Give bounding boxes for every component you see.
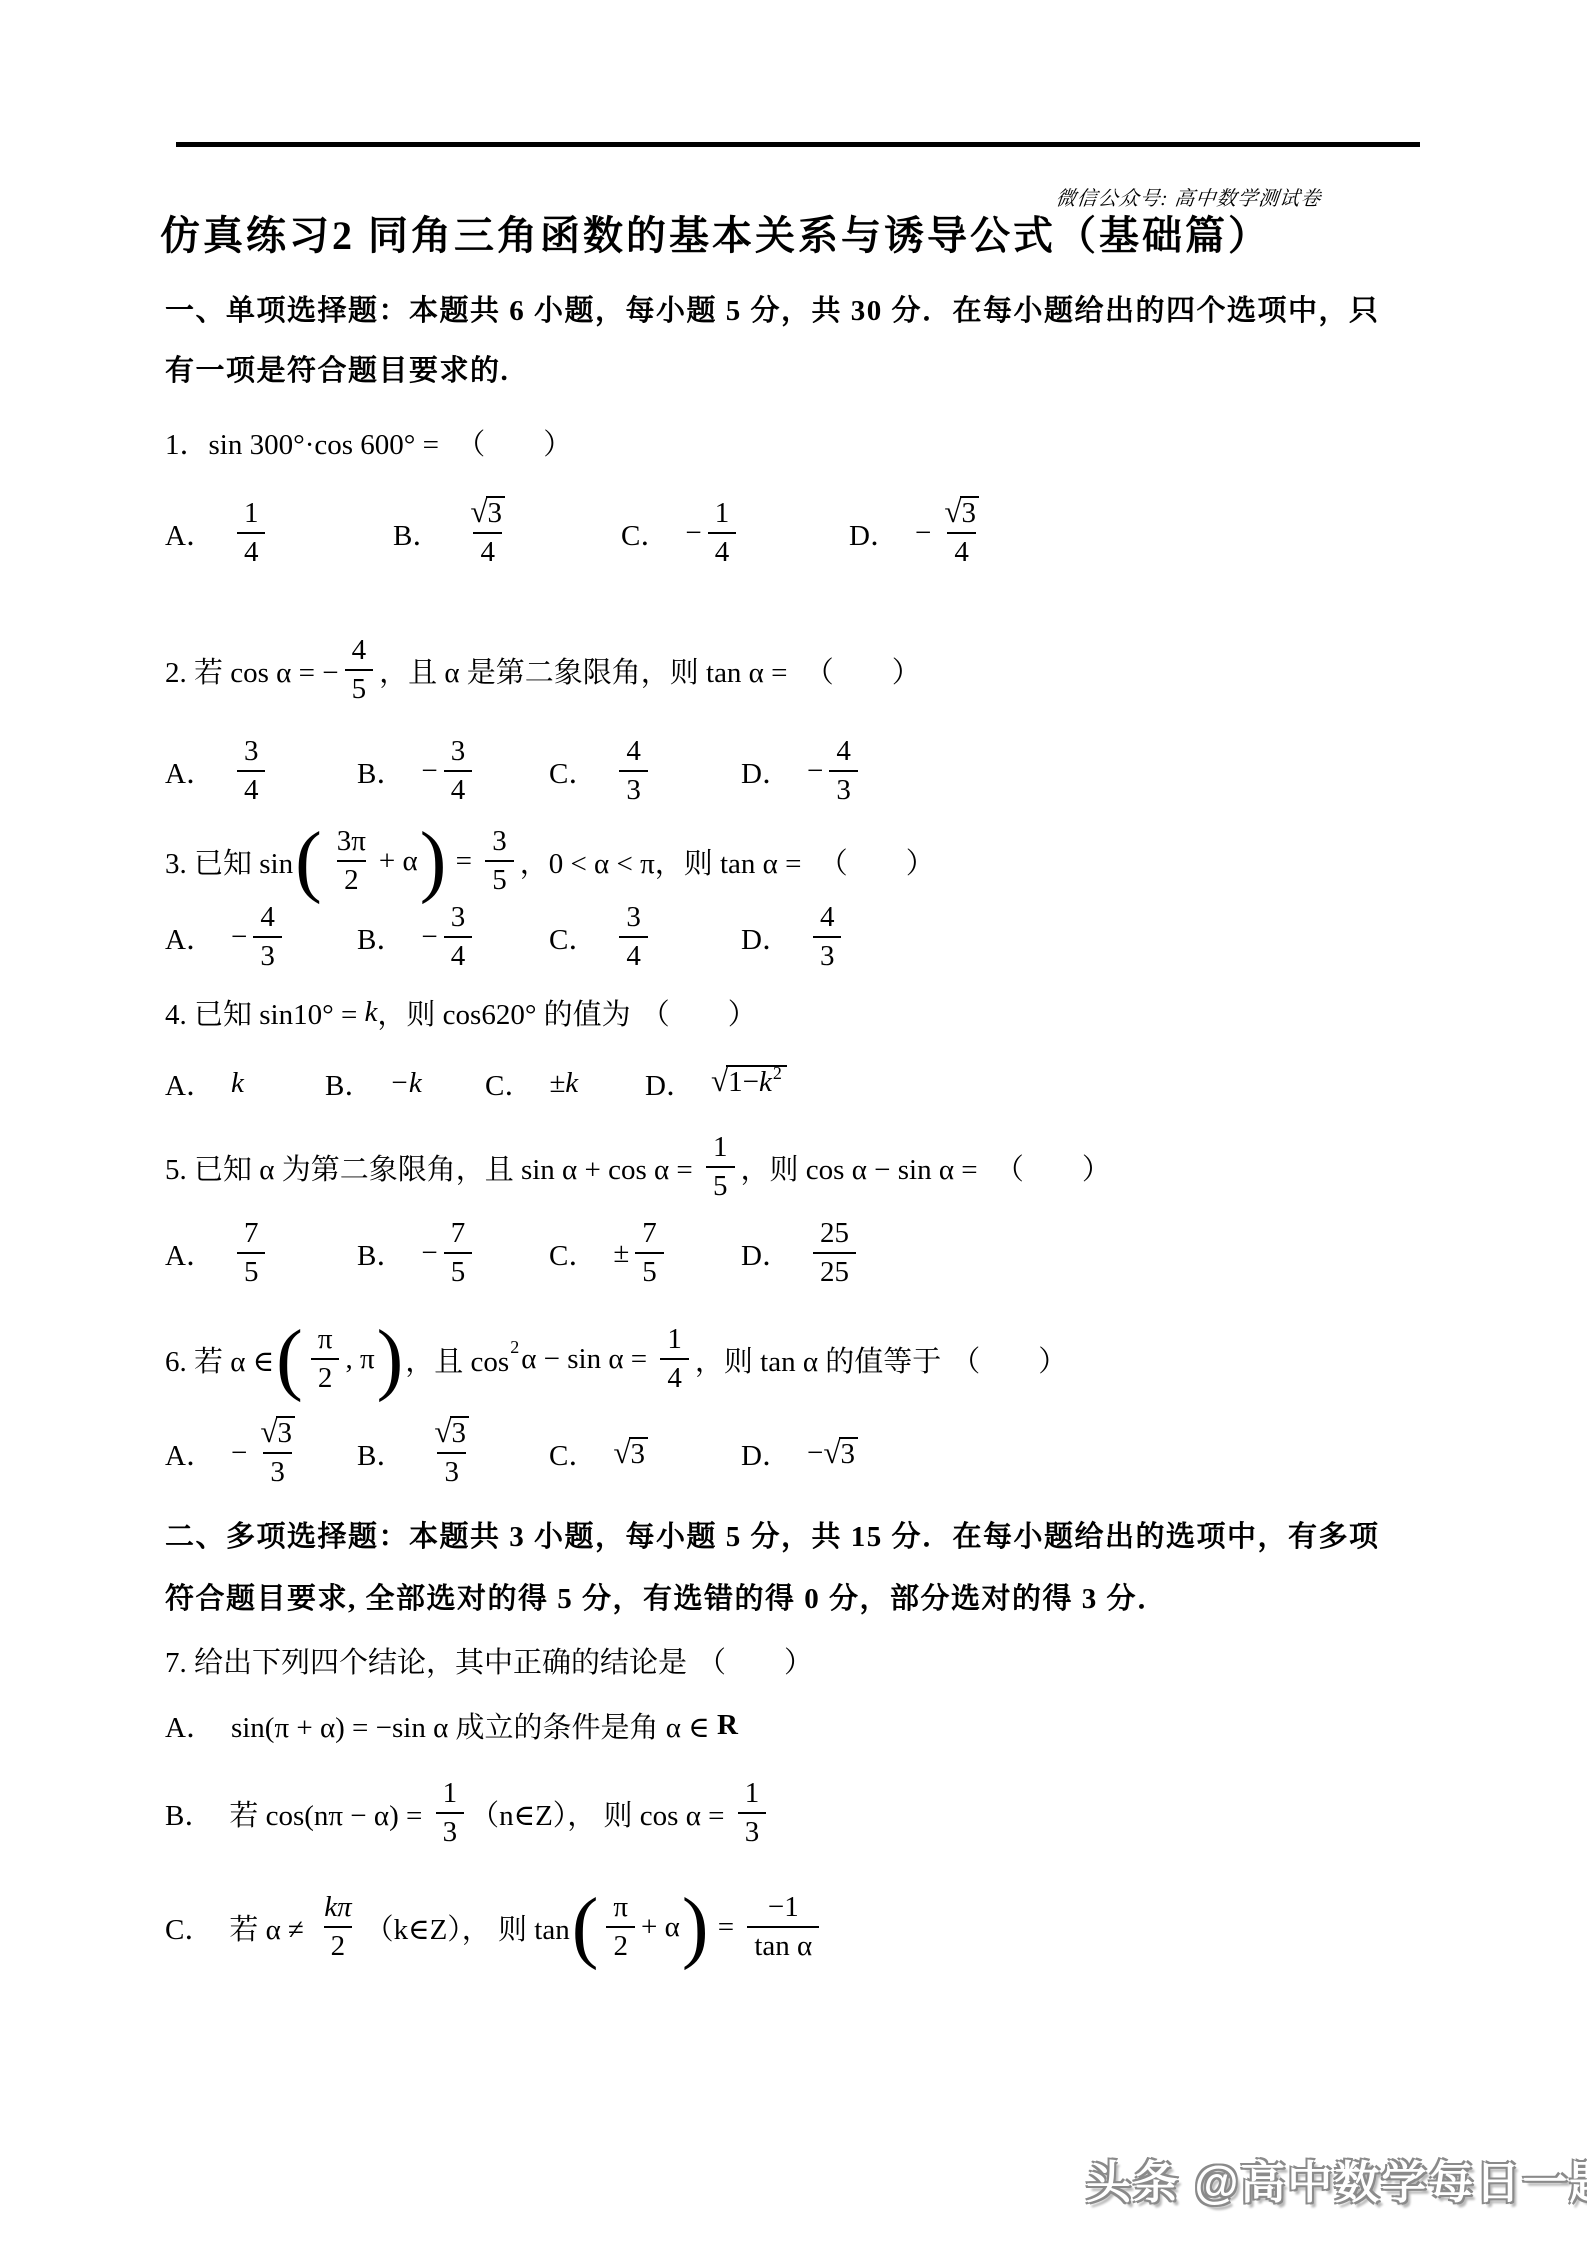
option-label: C． xyxy=(621,513,669,554)
option-label: D． xyxy=(645,1063,695,1104)
option-7-b-text-1: 若 cos(nπ − α) = xyxy=(229,1793,429,1834)
minus-sign: − xyxy=(421,755,437,788)
fraction-denominator: 3 xyxy=(738,1812,767,1851)
option-label: A． xyxy=(165,1233,215,1274)
page-title: 仿真练习2 同角三角函数的基本关系与诱导公式（基础篇） xyxy=(160,204,1271,261)
answer-blank: （ ） xyxy=(995,1147,1111,1188)
question-4-options: A． k B． −k C． ±k D． √1−k2 xyxy=(165,1046,787,1120)
option-label: A． xyxy=(165,751,215,792)
fraction-numerator: √3 xyxy=(463,495,512,532)
answer-blank: （ ） xyxy=(951,1339,1067,1380)
option-label: C． xyxy=(485,1063,533,1104)
fraction-numerator: 1 xyxy=(237,495,266,532)
fraction-numerator: π xyxy=(311,1321,340,1358)
fraction-denominator: 2 xyxy=(311,1358,340,1397)
option-5-b: B． − 7 5 xyxy=(357,1215,549,1291)
minus-sign: − xyxy=(685,517,701,550)
fraction-denominator: 25 xyxy=(813,1252,856,1291)
section-2-instructions-line-2: 符合题目要求, 全部选对的得 5 分，有选错的得 0 分，部分选对的得 3 分． xyxy=(165,1576,1168,1617)
question-1-options: A． 1 4 B． √3 4 C． − 1 4 D． − √3 xyxy=(165,478,992,588)
fraction-numerator: 4 xyxy=(619,733,648,770)
option-label: B． xyxy=(357,751,405,792)
question-7-stem: 7. 给出下列四个结论，其中正确的结论是 （ ） xyxy=(165,1636,813,1684)
minus-sign: − xyxy=(231,1437,247,1470)
fraction-numerator: kπ xyxy=(317,1889,358,1926)
fraction-numerator: 3 xyxy=(444,899,473,936)
option-7-a: A． sin(π + α) = −sin α 成立的条件是角 α ∈ R xyxy=(165,1698,738,1752)
minus-sign: − xyxy=(915,517,931,550)
section-2-instructions-line-1: 二、多项选择题：本题共 3 小题，每小题 5 分，共 15 分．在每小题给出的选… xyxy=(165,1514,1380,1555)
real-number-set-symbol: R xyxy=(717,1709,738,1742)
sqrt-expression: √3 xyxy=(944,496,979,529)
right-parenthesis: ) xyxy=(377,1319,404,1399)
fraction: 3 4 xyxy=(444,733,473,809)
option-7-c-text-2: （k∈Z）， 则 tan xyxy=(365,1907,570,1948)
fraction: 7 5 xyxy=(635,1215,664,1291)
question-2-stem: 2. 若 cos α = − 4 5 ，且 α 是第二象限角，则 tan α =… xyxy=(165,622,921,718)
fraction-numerator: √3 xyxy=(253,1415,302,1452)
option-label: B． xyxy=(165,1793,213,1834)
fraction: 1 4 xyxy=(660,1321,689,1397)
question-4-stem: 4. 已知 sin10° = k ，则 cos620° 的值为 （ ） xyxy=(165,988,757,1036)
fraction: 3 4 xyxy=(619,899,648,975)
question-3-text-1: 3. 已知 sin xyxy=(165,841,293,882)
answer-blank: （ ） xyxy=(456,422,572,463)
sqrt-expression: √1−k2 xyxy=(711,1065,787,1101)
fraction: 3 4 xyxy=(237,733,266,809)
fraction-denominator: 5 xyxy=(237,1252,266,1291)
option-7-b: B． 若 cos(nπ − α) = 1 3 （n∈Z）， 则 cos α = … xyxy=(165,1762,772,1864)
option-7-c-text-3: + α xyxy=(641,1911,680,1944)
section-1-instructions-line-2: 有一项是符合题目要求的. xyxy=(165,348,509,389)
option-label: D． xyxy=(849,513,899,554)
option-label: C． xyxy=(549,1433,597,1474)
minus-sign: − xyxy=(421,1237,437,1270)
question-6-text-5: ，则 tan α 的值等于 xyxy=(695,1339,941,1380)
left-parenthesis: ( xyxy=(276,1319,303,1399)
fraction-denominator: 2 xyxy=(324,1926,353,1965)
option-value: ±k xyxy=(549,1067,578,1100)
fraction-numerator: −1 xyxy=(761,1889,806,1926)
fraction-denominator: 4 xyxy=(237,770,266,809)
option-1-c: C． − 1 4 xyxy=(621,495,849,571)
option-label: B． xyxy=(357,917,405,958)
question-1-stem: 1．sin 300°·cos 600° = （ ） xyxy=(165,416,572,468)
option-label: A． xyxy=(165,513,215,554)
equals-sign: = xyxy=(711,1911,742,1944)
option-2-d: D． − 4 3 xyxy=(741,733,864,809)
section-1-instructions-line-1: 一、单项选择题：本题共 6 小题，每小题 5 分，共 30 分．在每小题给出的四… xyxy=(165,288,1380,329)
sqrt-expression: √3 xyxy=(434,1416,469,1449)
fraction: 7 5 xyxy=(444,1215,473,1291)
fraction-numerator: 3 xyxy=(444,733,473,770)
question-5-text-1: 5. 已知 α 为第二象限角，且 sin α + cos α = xyxy=(165,1147,700,1188)
fraction: π 2 xyxy=(606,1889,635,1965)
option-label: B． xyxy=(393,513,441,554)
fraction-denominator: 4 xyxy=(619,936,648,975)
option-4-b: B． −k xyxy=(325,1063,485,1104)
option-label: D． xyxy=(741,1433,791,1474)
answer-blank: （ ） xyxy=(805,650,921,691)
fraction-numerator: 25 xyxy=(813,1215,856,1252)
fraction: π 2 xyxy=(311,1321,340,1397)
header-rule xyxy=(176,142,1420,147)
radicand: 3 xyxy=(839,1437,859,1470)
fraction: 1 3 xyxy=(738,1775,767,1851)
radicand: 3 xyxy=(486,496,506,529)
answer-blank: （ ） xyxy=(819,841,935,882)
fraction-numerator: √3 xyxy=(427,1415,476,1452)
fraction-denominator: 5 xyxy=(635,1252,664,1291)
option-label: A． xyxy=(165,917,215,958)
variable-k: k xyxy=(365,996,378,1029)
option-5-a: A． 7 5 xyxy=(165,1215,357,1291)
fraction: 25 25 xyxy=(813,1215,856,1291)
sqrt-expression: √3 xyxy=(823,1437,858,1470)
fraction: 4 3 xyxy=(813,899,842,975)
option-label: C． xyxy=(549,1233,597,1274)
fraction: 4 5 xyxy=(345,632,374,708)
fraction-denominator: 5 xyxy=(444,1252,473,1291)
sqrt-expression: √3 xyxy=(260,1416,295,1449)
fraction: √3 3 xyxy=(253,1415,302,1491)
fraction-denominator: 4 xyxy=(237,532,266,571)
fraction-denominator: 4 xyxy=(444,936,473,975)
fraction-numerator: 4 xyxy=(829,733,858,770)
exponent: 2 xyxy=(510,1337,519,1358)
left-parenthesis: ( xyxy=(572,1887,599,1967)
option-3-a: A． − 4 3 xyxy=(165,899,357,975)
question-6-stem: 6. 若 α ∈ ( π 2 , π ) ，且 cos 2 α − sin α … xyxy=(165,1304,1067,1414)
answer-blank: （ ） xyxy=(641,992,757,1033)
option-label: B． xyxy=(325,1063,373,1104)
fraction: kπ 2 xyxy=(317,1889,358,1965)
fraction-denominator: 3 xyxy=(436,1812,465,1851)
fraction-numerator: 3π xyxy=(330,823,373,860)
radicand: 3 xyxy=(276,1416,296,1449)
fraction: 1 4 xyxy=(237,495,266,571)
option-6-b: B． √3 3 xyxy=(357,1415,549,1491)
option-3-b: B． − 3 4 xyxy=(357,899,549,975)
option-6-d: D． − √3 xyxy=(741,1433,858,1474)
option-label: B． xyxy=(357,1233,405,1274)
fraction: 1 3 xyxy=(436,1775,465,1851)
fraction-numerator: 7 xyxy=(237,1215,266,1252)
fraction-numerator: 3 xyxy=(485,823,514,860)
question-6-text-3: ，且 cos xyxy=(405,1339,509,1380)
option-3-d: D． 4 3 xyxy=(741,899,847,975)
fraction-denominator: 4 xyxy=(473,532,502,571)
sqrt-expression: √3 xyxy=(613,1437,648,1470)
fraction: −1 tan α xyxy=(747,1889,819,1965)
option-3-c: C． 3 4 xyxy=(549,899,741,975)
option-label: C． xyxy=(165,1907,213,1948)
option-label: A． xyxy=(165,1705,215,1746)
fraction-numerator: 7 xyxy=(444,1215,473,1252)
fraction-numerator: 1 xyxy=(708,495,737,532)
question-6-text-1: 6. 若 α ∈ xyxy=(165,1339,274,1380)
question-5-text-2: ，则 cos α − sin α = xyxy=(741,1147,985,1188)
fraction-numerator: 3 xyxy=(237,733,266,770)
option-1-b: B． √3 4 xyxy=(393,495,621,571)
question-2-text-2: ，且 α 是第二象限角，则 tan α = xyxy=(379,650,795,691)
variable-k: k xyxy=(759,1066,772,1098)
exam-page: 微信公众号: 高中数学测试卷 仿真练习2 同角三角函数的基本关系与诱导公式（基础… xyxy=(0,0,1587,2245)
fraction-numerator: 4 xyxy=(813,899,842,936)
question-6-options: A． − √3 3 B． √3 3 C． √3 D． − √3 xyxy=(165,1400,858,1506)
option-6-a: A． − √3 3 xyxy=(165,1415,357,1491)
fraction-denominator: 3 xyxy=(253,936,282,975)
option-label: A． xyxy=(165,1063,215,1104)
option-5-c: C． ± 7 5 xyxy=(549,1215,741,1291)
option-2-b: B． − 3 4 xyxy=(357,733,549,809)
question-3-options: A． − 4 3 B． − 3 4 C． 3 4 D． 4 xyxy=(165,884,847,990)
option-1-d: D． − √3 4 xyxy=(849,495,992,571)
fraction: 1 4 xyxy=(708,495,737,571)
option-7-b-text-2: （n∈Z）， 则 cos α = xyxy=(470,1793,732,1834)
minus-sign: − xyxy=(807,755,823,788)
option-7-c-text-1: 若 α ≠ xyxy=(229,1907,311,1948)
fraction: 1 5 xyxy=(706,1129,735,1205)
fraction: 4 3 xyxy=(253,899,282,975)
equals-sign: = xyxy=(448,845,479,878)
option-value: k xyxy=(231,1067,244,1100)
fraction: √3 4 xyxy=(937,495,986,571)
fraction-denominator: 4 xyxy=(708,532,737,571)
fraction-denominator: 2 xyxy=(606,1926,635,1965)
option-7-a-text: sin(π + α) = −sin α 成立的条件是角 α ∈ xyxy=(231,1705,717,1746)
fraction: √3 4 xyxy=(463,495,512,571)
exponent: 2 xyxy=(773,1063,782,1083)
fraction-numerator: 3 xyxy=(619,899,648,936)
radicand: 3 xyxy=(450,1416,470,1449)
fraction-denominator: 5 xyxy=(345,669,374,708)
option-value: −k xyxy=(389,1067,421,1100)
option-label: C． xyxy=(549,917,597,958)
question-2-text-1: 2. 若 cos α = − xyxy=(165,650,339,691)
question-1-text: 1．sin 300°·cos 600° = xyxy=(165,422,446,463)
option-6-c: C． √3 xyxy=(549,1433,741,1474)
option-label: D． xyxy=(741,1233,791,1274)
minus-sign: − xyxy=(807,1437,823,1470)
radicand: 1−k2 xyxy=(726,1065,787,1101)
fraction-denominator: 4 xyxy=(947,532,976,571)
fraction-denominator: 3 xyxy=(829,770,858,809)
question-7-text: 7. 给出下列四个结论，其中正确的结论是 xyxy=(165,1640,687,1681)
option-5-d: D． 25 25 xyxy=(741,1215,862,1291)
question-4-text-1: 4. 已知 sin10° = xyxy=(165,992,365,1033)
option-4-c: C． ±k xyxy=(485,1063,645,1104)
minus-sign: − xyxy=(421,921,437,954)
option-1-a: A． 1 4 xyxy=(165,495,393,571)
toutiao-watermark: 头条 @高中数学每日一题 xyxy=(1086,2146,1587,2211)
fraction-numerator: 1 xyxy=(706,1129,735,1166)
option-label: C． xyxy=(549,751,597,792)
fraction-denominator: 4 xyxy=(444,770,473,809)
fraction: √3 3 xyxy=(427,1415,476,1491)
question-3-text-3: ，0 < α < π，则 tan α = xyxy=(520,841,809,882)
radicand: 3 xyxy=(629,1437,649,1470)
option-2-a: A． 3 4 xyxy=(165,733,357,809)
option-label: D． xyxy=(741,917,791,958)
fraction-denominator: 3 xyxy=(263,1452,292,1491)
option-4-d: D． √1−k2 xyxy=(645,1063,787,1104)
option-label: D． xyxy=(741,751,791,792)
question-4-text-2: ，则 cos620° 的值为 xyxy=(377,992,630,1033)
fraction-denominator: 3 xyxy=(813,936,842,975)
fraction-numerator: √3 xyxy=(937,495,986,532)
answer-blank: （ ） xyxy=(697,1640,813,1681)
right-parenthesis: ) xyxy=(682,1887,709,1967)
fraction-denominator: tan α xyxy=(747,1926,819,1965)
radicand: 3 xyxy=(960,496,980,529)
fraction-numerator: 1 xyxy=(738,1775,767,1812)
option-7-c: C． 若 α ≠ kπ 2 （k∈Z）， 则 tan ( π 2 + α ) =… xyxy=(165,1870,825,1984)
option-label: B． xyxy=(357,1433,405,1474)
fraction-denominator: 3 xyxy=(437,1452,466,1491)
fraction: 4 3 xyxy=(829,733,858,809)
question-5-options: A． 7 5 B． − 7 5 C． ± 7 5 D． 25 xyxy=(165,1200,862,1306)
option-label: A． xyxy=(165,1433,215,1474)
fraction-numerator: 1 xyxy=(436,1775,465,1812)
minus-sign: − xyxy=(231,921,247,954)
question-6-text-4: α − sin α = xyxy=(521,1343,654,1376)
fraction: 3 4 xyxy=(444,899,473,975)
option-4-a: A． k xyxy=(165,1063,325,1104)
option-2-c: C． 4 3 xyxy=(549,733,741,809)
sqrt-expression: √3 xyxy=(470,496,505,529)
fraction-numerator: 7 xyxy=(635,1215,664,1252)
fraction-numerator: 4 xyxy=(345,632,374,669)
fraction-denominator: 3 xyxy=(619,770,648,809)
fraction-numerator: 1 xyxy=(660,1321,689,1358)
question-6-text-2: , π xyxy=(345,1343,374,1376)
fraction-denominator: 4 xyxy=(660,1358,689,1397)
fraction: 4 3 xyxy=(619,733,648,809)
fraction-numerator: π xyxy=(606,1889,635,1926)
radicand-text: 1− xyxy=(728,1066,759,1098)
fraction-numerator: 4 xyxy=(253,899,282,936)
plus-minus-sign: ± xyxy=(613,1237,629,1270)
question-3-text-2: + α xyxy=(379,845,418,878)
fraction: 7 5 xyxy=(237,1215,266,1291)
